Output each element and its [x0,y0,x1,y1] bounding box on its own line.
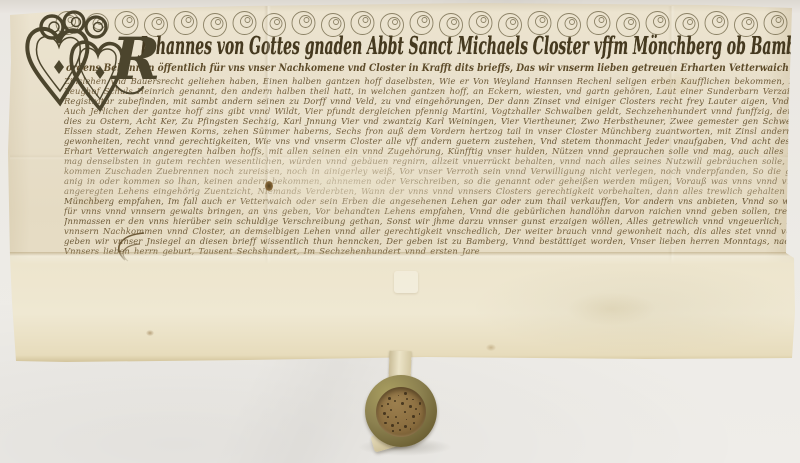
seal-speckle [401,402,404,405]
charter-body-text: Zinslehen vnd Bauersrecht geliehen haben… [64,76,792,260]
photograph-backdrop: Johannes von Gottes gnaden Abbt Sanct Mi… [0,0,800,463]
seal-speckle [409,405,412,408]
stain [66,192,112,212]
text-line: kommen Zuschaden Zuebrennen noch zureiss… [64,166,792,176]
seal-speckle [404,392,407,395]
seal-tag-slit-bump [394,271,418,293]
seal-speckle [397,422,399,424]
text-line: für vnns vnnd vnnsern gewalts bringen, a… [64,206,792,216]
text-line: dies zu Ostern, Acht Ker, Zu Pfingsten S… [64,116,792,126]
seal-speckle [392,430,394,432]
seal-speckle [419,413,421,415]
seal-speckle [381,405,383,407]
text-line: gewonheiten, recht vnnd gerechtigkeiten,… [64,136,792,146]
text-line: anig in oder kommen so lhan, keinen ande… [64,176,792,186]
seal-speckle [390,409,392,411]
seal-speckle [406,398,408,400]
seal-speckle [395,416,397,418]
stain [146,330,154,336]
seal-capsule [365,375,437,447]
seal-speckle [384,422,386,424]
text-line: Münchberg empfahen, Im fall auch er Vett… [64,196,792,206]
horizontal-crease [10,154,790,160]
seal-speckle [419,402,422,405]
text-line: Auch Jerlichen der gantze hoff zins gibt… [64,106,792,116]
seal-speckle [406,419,408,421]
stain [566,292,656,326]
seal-wax-face [376,387,426,437]
stain [486,344,496,351]
seal-speckle [383,412,386,415]
stain [646,72,706,98]
seal-speckle [412,399,414,401]
seal-speckle [394,400,396,402]
text-line: Elssen stadt, Zehen Hewen Korns, zehen S… [64,126,792,136]
text-line: angeregten Lehens eingehörig Zuentzicht,… [64,186,792,196]
charter-heading: Johannes von Gottes gnaden Abbt Sanct Mi… [140,31,800,65]
seal-speckle [398,395,400,397]
text-line: vnnsern Nachkommen vnnd Closter, an dems… [64,226,792,236]
seal-speckle [399,429,401,431]
seal-speckle [415,408,417,410]
seal-speckle [391,424,394,427]
seal-speckle [413,422,415,424]
parchment-sheet: Johannes von Gottes gnaden Abbt Sanct Mi… [6,2,796,364]
seal-speckle [412,415,415,418]
seal-speckle [404,425,407,428]
seal-speckle [404,411,406,413]
seal-speckle [387,403,389,405]
monogram-letter-r: R [110,25,160,93]
text-line: geben wir vnnser Jnsiegel an diesen brie… [64,236,792,246]
text-line: Jnnmassen er den vnns hierüber sein schu… [64,216,792,226]
parchment-hole-stain [265,181,273,191]
seal-speckle [387,416,389,418]
seal-speckle [388,397,391,400]
monogram-initial: R [16,7,158,121]
seal-speckle [410,428,412,430]
plica-fold [6,252,796,364]
